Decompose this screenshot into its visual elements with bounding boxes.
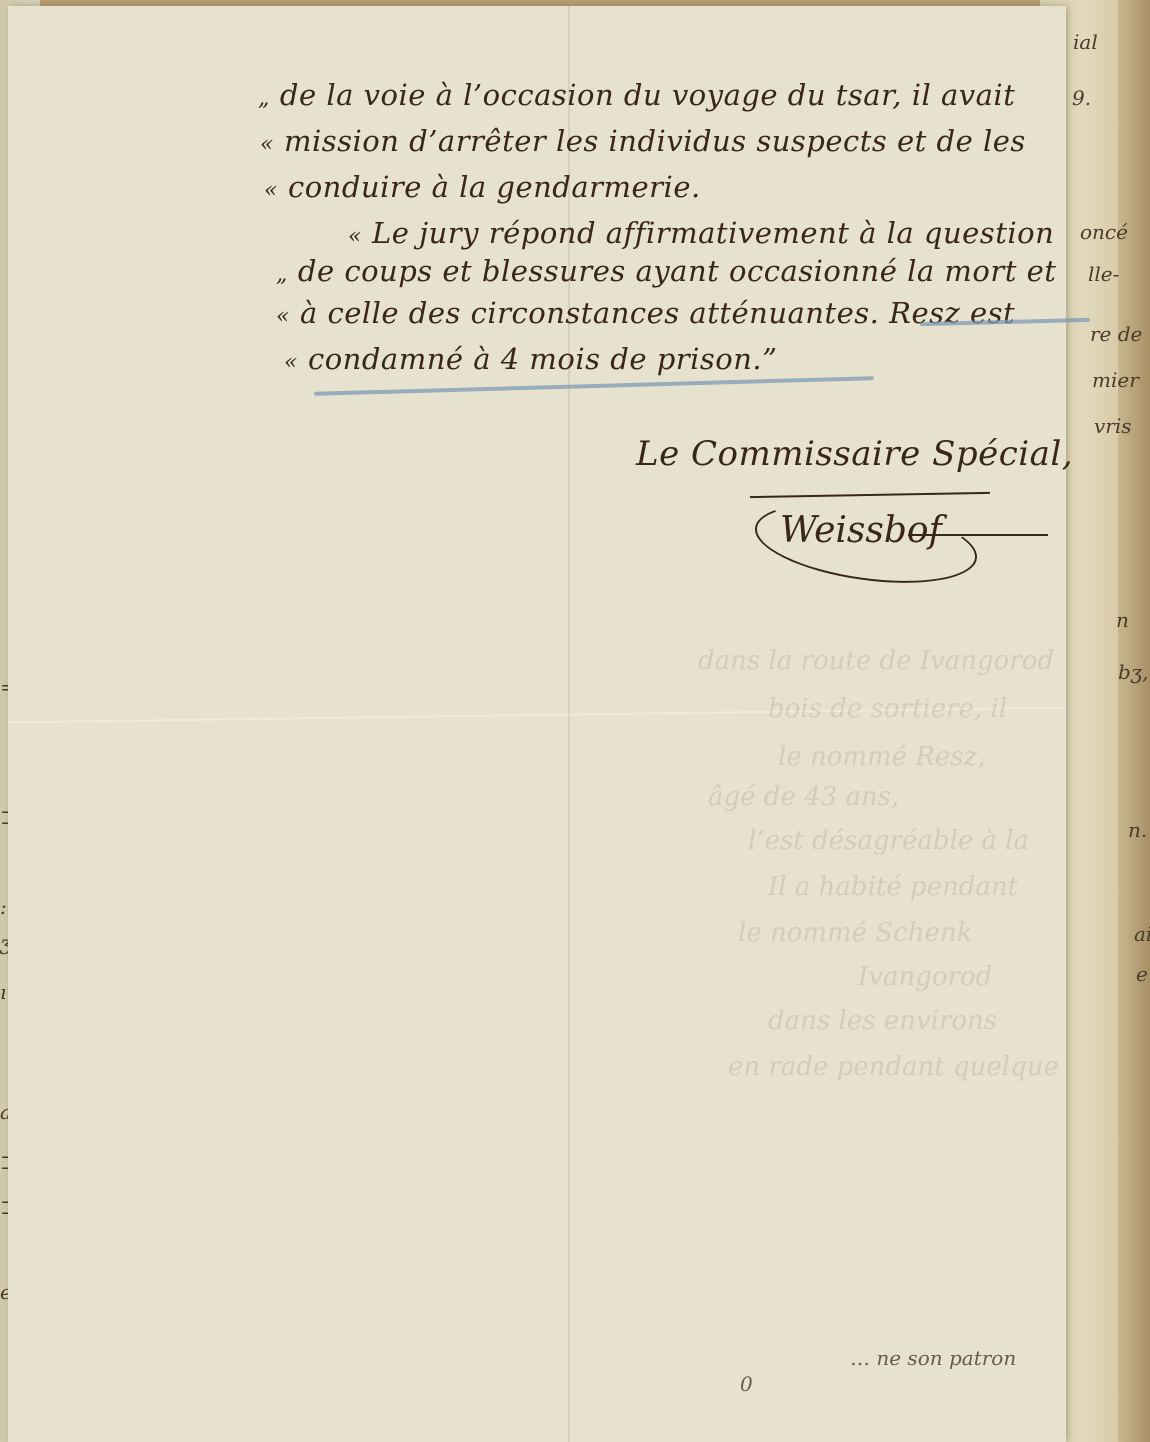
body-line: „de la voie à l’occasion du voyage du ts…	[258, 78, 1015, 112]
body-line: «condamné à 4 mois de prison.”	[284, 342, 777, 376]
signature-flourish-line	[750, 492, 990, 498]
blue-pencil-underline	[314, 376, 874, 396]
body-line: «Le jury répond affirmativement à la que…	[348, 216, 1054, 250]
right-edge-fragment: ial	[1073, 30, 1098, 54]
bleed-through-line: bois de sortiere, il	[768, 694, 1007, 724]
bleed-through-line: l’est désagréable à la	[748, 826, 1029, 856]
signature-title: Le Commissaire Spécial,	[636, 434, 1073, 474]
right-edge-fragment: n	[1116, 608, 1129, 632]
bleed-through-line: dans la route de Ivangorod	[698, 646, 1054, 676]
right-edge-fragment: vris	[1094, 414, 1132, 438]
left-edge-fragment: :	[0, 895, 7, 919]
letter-page: dans la route de Ivangorod bois de sorti…	[8, 6, 1066, 1442]
bleed-through-line: Il a habité pendant	[768, 872, 1018, 902]
bleed-through-line: le nommé Schenk	[738, 918, 972, 948]
right-edge-fragment: bʒ,	[1118, 660, 1148, 684]
bleed-through-line: âgé de 43 ans,	[708, 782, 899, 812]
body-line: «à celle des circonstances atténuantes. …	[276, 296, 1015, 330]
body-line: «mission d’arrêter les individus suspect…	[260, 124, 1026, 158]
right-edge-fragment: ai	[1134, 922, 1150, 946]
signature: Weissbof	[780, 510, 942, 551]
bleed-through-line: Ivangorod	[858, 962, 992, 992]
right-edge-fragment: mier	[1092, 368, 1139, 392]
left-edge-fragment: ı	[0, 980, 6, 1004]
bottom-mark: 0	[740, 1372, 753, 1396]
body-line: «conduire à la gendarmerie.	[264, 170, 701, 204]
bleed-through-line: en rade pendant quelque	[728, 1052, 1059, 1082]
right-edge-fragment: lle-	[1088, 262, 1119, 286]
bleed-through-line: le nommé Resz,	[778, 742, 986, 772]
right-edge-fragment: re de	[1090, 322, 1142, 346]
right-edge-fragment: 9.	[1072, 86, 1091, 110]
bleed-through-line: dans les environs	[768, 1006, 997, 1036]
right-edge-fragment: oncé	[1080, 220, 1128, 244]
bottom-note: … ne son patron	[850, 1346, 1016, 1370]
right-edge-fragment: n.	[1128, 818, 1147, 842]
body-line: „de coups et blessures ayant occasionné …	[276, 254, 1056, 288]
underlying-page-right-edge	[1118, 0, 1150, 1442]
right-edge-fragment: e	[1136, 962, 1148, 986]
